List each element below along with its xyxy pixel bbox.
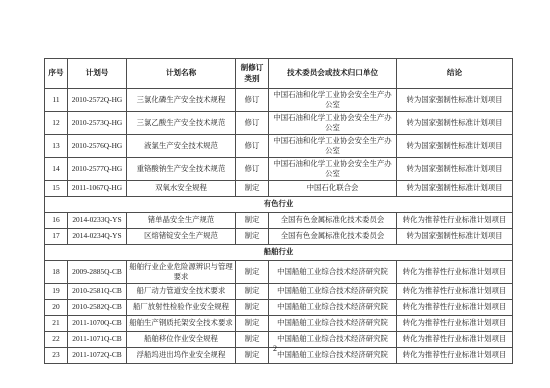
section-title: 船舶行业: [45, 244, 513, 260]
cell-plan-no: 2010-2577Q-HG: [68, 157, 127, 180]
cell-plan-no: 2010-2572Q-HG: [68, 89, 127, 112]
cell-committee: 中国石油和化学工业协会安全生产办公室: [269, 89, 397, 112]
cell-type: 修订: [236, 111, 269, 134]
cell-committee: 中国船舶工业综合技术经济研究院: [269, 283, 397, 299]
cell-no: 20: [45, 299, 68, 315]
cell-committee: 中国船舶工业综合技术经济研究院: [269, 299, 397, 315]
cell-conclusion: 转为国家强制性标准计划项目: [397, 228, 513, 244]
cell-plan-no: 2009-2885Q-CB: [68, 260, 127, 283]
cell-name: 双氧水安全规程: [127, 180, 236, 196]
cell-no: 18: [45, 260, 68, 283]
header-cell-plan-no: 计划号: [68, 59, 127, 89]
cell-committee: 中国石油和化学工业协会安全生产办公室: [269, 111, 397, 134]
cell-plan-no: 2010-2573Q-HG: [68, 111, 127, 134]
cell-no: 17: [45, 228, 68, 244]
cell-plan-no: 2014-0234Q-YS: [68, 228, 127, 244]
cell-conclusion: 转为国家强制性标准计划项目: [397, 134, 513, 157]
cell-name: 船舶生产钢质托架安全技术要求: [127, 315, 236, 331]
cell-no: 16: [45, 212, 68, 228]
header-cell-name: 计划名称: [127, 59, 236, 89]
cell-name: 船厂放射性检验作业安全规程: [127, 299, 236, 315]
cell-type: 制定: [236, 315, 269, 331]
header-cell-no: 序号: [45, 59, 68, 89]
cell-committee: 中国船舶工业综合技术经济研究院: [269, 260, 397, 283]
cell-name: 锗单晶安全生产规范: [127, 212, 236, 228]
table-row: 132010-2576Q-HG液氯生产安全技术规范修订中国石油和化学工业协会安全…: [45, 134, 513, 157]
cell-name: 船舶行业企业危险源辨识与管理要求: [127, 260, 236, 283]
cell-conclusion: 转为国家强制性标准计划项目: [397, 180, 513, 196]
cell-type: 制定: [236, 212, 269, 228]
header-cell-conclusion: 结论: [397, 59, 513, 89]
cell-no: 15: [45, 180, 68, 196]
cell-name: 区熔锗锭安全生产规范: [127, 228, 236, 244]
cell-no: 14: [45, 157, 68, 180]
table-row: 172014-0234Q-YS区熔锗锭安全生产规范制定全国有色金属标准化技术委员…: [45, 228, 513, 244]
cell-committee: 中国石化联合会: [269, 180, 397, 196]
cell-committee: 中国石油和化学工业协会安全生产办公室: [269, 134, 397, 157]
cell-no: 13: [45, 134, 68, 157]
page-number: 2: [0, 344, 550, 353]
cell-plan-no: 2010-2582Q-CB: [68, 299, 127, 315]
table-header: 序号 计划号 计划名称 制修订类别 技术委员会或技术归口单位 结论: [45, 59, 513, 89]
cell-conclusion: 转为国家强制性标准计划项目: [397, 157, 513, 180]
cell-no: 12: [45, 111, 68, 134]
header-row: 序号 计划号 计划名称 制修订类别 技术委员会或技术归口单位 结论: [45, 59, 513, 89]
cell-committee: 全国有色金属标准化技术委员会: [269, 228, 397, 244]
cell-conclusion: 转为国家强制性标准计划项目: [397, 89, 513, 112]
cell-name: 重铬酸钠生产安全技术规范: [127, 157, 236, 180]
cell-type: 修订: [236, 89, 269, 112]
cell-conclusion: 转化为推荐性行业标准计划项目: [397, 260, 513, 283]
table-row: 142010-2577Q-HG重铬酸钠生产安全技术规范修订中国石油和化学工业协会…: [45, 157, 513, 180]
section-header-row: 有色行业: [45, 196, 513, 212]
table-row: 162014-0233Q-YS锗单晶安全生产规范制定全国有色金属标准化技术委员会…: [45, 212, 513, 228]
cell-type: 修订: [236, 134, 269, 157]
cell-name: 船厂动力管道安全技术要求: [127, 283, 236, 299]
cell-no: 11: [45, 89, 68, 112]
cell-name: 三氯乙酸生产安全技术规范: [127, 111, 236, 134]
cell-committee: 全国有色金属标准化技术委员会: [269, 212, 397, 228]
cell-type: 制定: [236, 283, 269, 299]
cell-committee: 中国船舶工业综合技术经济研究院: [269, 315, 397, 331]
cell-no: 19: [45, 283, 68, 299]
table-row: 182009-2885Q-CB船舶行业企业危险源辨识与管理要求制定中国船舶工业综…: [45, 260, 513, 283]
table-row: 212011-1070Q-CB船舶生产钢质托架安全技术要求制定中国船舶工业综合技…: [45, 315, 513, 331]
table-row: 112010-2572Q-HG三氯化磷生产安全技术规程修订中国石油和化学工业协会…: [45, 89, 513, 112]
cell-conclusion: 转化为推荐性行业标准计划项目: [397, 212, 513, 228]
cell-no: 21: [45, 315, 68, 331]
cell-name: 液氯生产安全技术规范: [127, 134, 236, 157]
cell-conclusion: 转化为推荐性行业标准计划项目: [397, 315, 513, 331]
cell-plan-no: 2014-0233Q-YS: [68, 212, 127, 228]
header-cell-type: 制修订类别: [236, 59, 269, 89]
cell-type: 制定: [236, 260, 269, 283]
cell-plan-no: 2010-2576Q-HG: [68, 134, 127, 157]
section-title: 有色行业: [45, 196, 513, 212]
section-header-row: 船舶行业: [45, 244, 513, 260]
cell-type: 修订: [236, 157, 269, 180]
cell-plan-no: 2011-1067Q-HG: [68, 180, 127, 196]
cell-conclusion: 转为国家强制性标准计划项目: [397, 111, 513, 134]
cell-type: 制定: [236, 228, 269, 244]
document-page: 序号 计划号 计划名称 制修订类别 技术委员会或技术归口单位 结论 112010…: [0, 0, 550, 388]
cell-type: 制定: [236, 299, 269, 315]
table-row: 192010-2581Q-CB船厂动力管道安全技术要求制定中国船舶工业综合技术经…: [45, 283, 513, 299]
cell-plan-no: 2010-2581Q-CB: [68, 283, 127, 299]
cell-conclusion: 转化为推荐性行业标准计划项目: [397, 299, 513, 315]
cell-plan-no: 2011-1070Q-CB: [68, 315, 127, 331]
cell-type: 制定: [236, 180, 269, 196]
cell-conclusion: 转化为推荐性行业标准计划项目: [397, 283, 513, 299]
table-row: 122010-2573Q-HG三氯乙酸生产安全技术规范修订中国石油和化学工业协会…: [45, 111, 513, 134]
table-row: 152011-1067Q-HG双氧水安全规程制定中国石化联合会转为国家强制性标准…: [45, 180, 513, 196]
standards-plan-table: 序号 计划号 计划名称 制修订类别 技术委员会或技术归口单位 结论 112010…: [44, 58, 513, 364]
cell-name: 三氯化磷生产安全技术规程: [127, 89, 236, 112]
standards-table-body: 112010-2572Q-HG三氯化磷生产安全技术规程修订中国石油和化学工业协会…: [45, 89, 513, 364]
cell-committee: 中国石油和化学工业协会安全生产办公室: [269, 157, 397, 180]
table-row: 202010-2582Q-CB船厂放射性检验作业安全规程制定中国船舶工业综合技术…: [45, 299, 513, 315]
header-cell-committee: 技术委员会或技术归口单位: [269, 59, 397, 89]
